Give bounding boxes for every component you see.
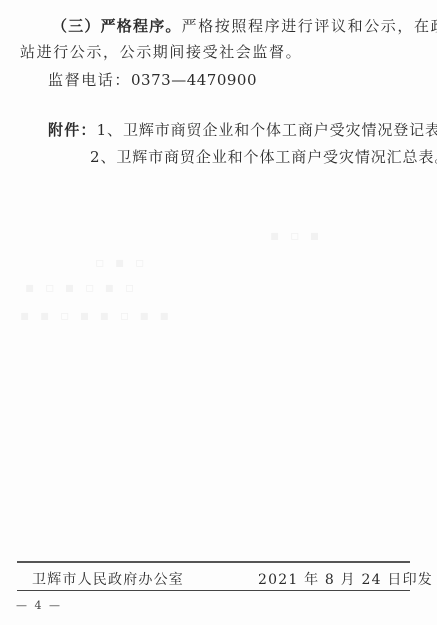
section-paragraph-line-1: （三）严格程序。严格按照程序进行评议和公示，在政府网 <box>52 16 437 36</box>
bleed-through-decoration: ▪ ▫ ▪ ▫ ▪ ▫ <box>25 280 137 296</box>
bleed-through-decoration: ▪ ▪ ▫ ▪ ▪ ▫ ▪ ▪ <box>20 308 172 324</box>
section-body-line-1: 严格按照程序进行评议和公示，在政府网 <box>182 17 437 35</box>
footer-top-rule <box>17 561 410 563</box>
footer-bottom-rule <box>17 590 410 591</box>
document-page: （三）严格程序。严格按照程序进行评议和公示，在政府网 站进行公示，公示期间接受社… <box>0 0 437 625</box>
contact-phone: 0373—4470900 <box>131 71 257 89</box>
attachments-label: 附件： <box>48 121 97 139</box>
bleed-through-decoration: ▫ ▪ ▫ <box>95 255 147 271</box>
attachment-line-2: 2、卫辉市商贸企业和个体工商户受灾情况汇总表。 <box>90 147 437 167</box>
page-number: — 4 — <box>16 599 62 613</box>
section-paragraph-line-2: 站进行公示，公示期间接受社会监督。 <box>20 42 302 62</box>
footer-issuer: 卫辉市人民政府办公室 <box>32 571 184 589</box>
footer-date: 2021 年 8 月 24 日印发 <box>258 571 433 589</box>
attachment-line-1: 附件：1、卫辉市商贸企业和个体工商户受灾情况登记表。 <box>48 120 437 140</box>
section-heading: （三）严格程序。 <box>52 17 182 35</box>
attachment-item-1: 1、卫辉市商贸企业和个体工商户受灾情况登记表。 <box>97 121 437 139</box>
contact-label: 监督电话： <box>48 71 131 89</box>
attachment-item-2: 2、卫辉市商贸企业和个体工商户受灾情况汇总表。 <box>90 148 437 166</box>
contact-line: 监督电话：0373—4470900 <box>48 70 257 90</box>
bleed-through-decoration: ▪ ▫ ▪ <box>270 228 322 244</box>
